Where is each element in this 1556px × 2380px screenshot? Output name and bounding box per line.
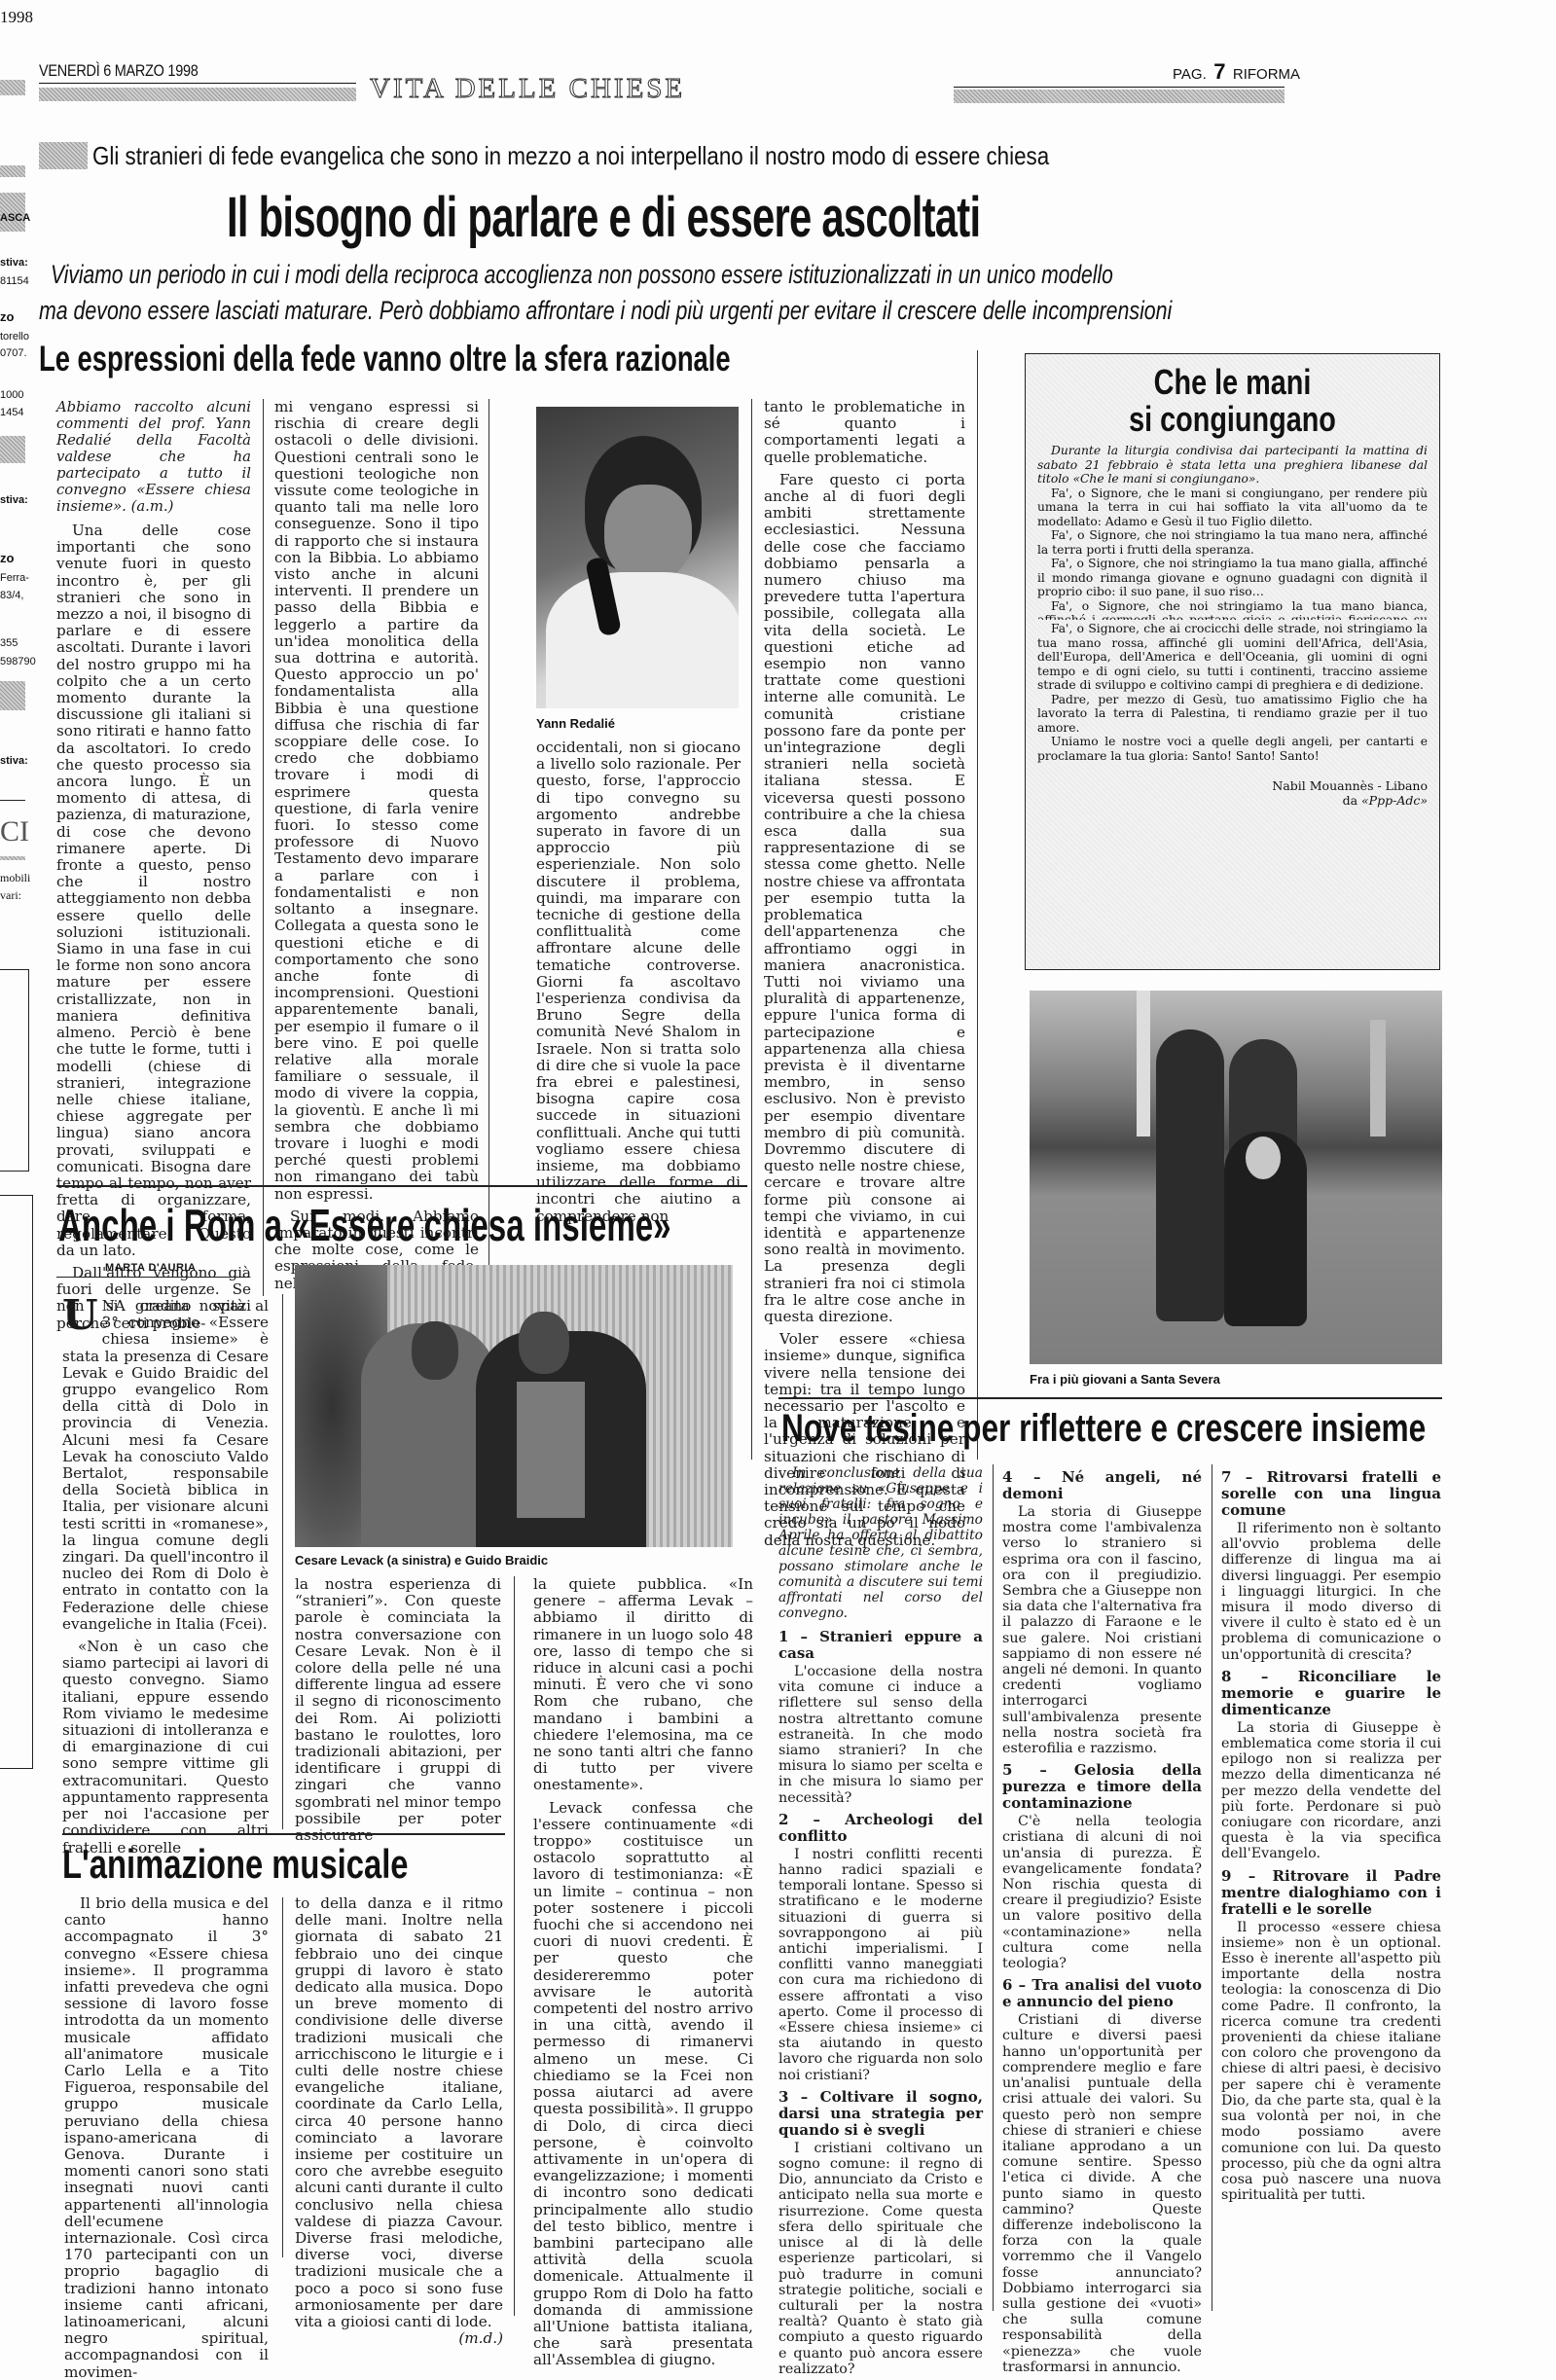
column-divider	[1212, 1464, 1212, 2311]
thesis-title: 3 – Coltivare il sogno, darsi una strate…	[778, 2089, 983, 2139]
prayer-source: da «Ppp-Adc»	[1037, 793, 1428, 808]
photo-tree	[1137, 991, 1150, 1136]
rom-headline: Anche i Rom a «Essere chiesa insieme»	[58, 1199, 671, 1251]
prayer-paragraph: Fa', o Signore, che noi stringiamo la tu…	[1037, 528, 1428, 557]
tesine-col-2: 4 – Né angeli, né demoni La storia di Gi…	[1002, 1465, 1202, 2380]
prayer-title-line2: si congiungano	[1076, 401, 1389, 438]
music-signoff: (m.d.)	[458, 2330, 503, 2347]
prev-page-rule	[0, 165, 25, 177]
main-subheadline: Le espressioni della fede vanno oltre la…	[39, 339, 731, 379]
yann-redalie-photo	[536, 407, 739, 708]
left-margin-strip: 1998 ASCA stiva: 81154 zo torello 0707. …	[0, 0, 29, 2380]
thesis-title: 1 – Stranieri eppure a casa	[778, 1629, 983, 1662]
prayer-paragraph: Fa', o Signore, che noi stringiamo la tu…	[1037, 557, 1428, 599]
masthead-rule-right	[954, 87, 1285, 88]
column-divider	[751, 399, 752, 1460]
paragraph: UNA gradita novità al 3° convegno «Esser…	[62, 1298, 269, 1633]
byline-rule	[56, 1277, 249, 1278]
paragraph-text: NA gradita novità al 3° convegno «Essere…	[62, 1297, 269, 1633]
kids-photo-caption: Fra i più giovani a Santa Severa	[1030, 1372, 1220, 1387]
thesis-text: Il riferimento non è soltanto all'ovvio …	[1221, 1521, 1441, 1663]
prev-page-fragment: zo	[0, 309, 14, 324]
column-divider	[977, 350, 978, 1460]
column-divider	[263, 399, 264, 1296]
main-deck-line1: Viviamo un periodo in cui i modi della r…	[51, 260, 1113, 290]
rom-photo	[295, 1265, 733, 1547]
masthead: VENERDÌ 6 MARZO 1998 VITA DELLE CHIESE P…	[39, 54, 1440, 112]
thesis-title: 5 – Gelosia della purezza e timore della…	[1002, 1762, 1202, 1812]
prayer-paragraph: Uniamo le nostre voci a quelle degli ang…	[1037, 735, 1428, 763]
photo-figure	[1156, 1029, 1224, 1321]
thesis-text: Il processo «essere chiesa insieme» non …	[1221, 1920, 1441, 2204]
column-divider	[489, 399, 489, 1296]
tesine-col-3: 7 – Ritrovarsi fratelli e sorelle con un…	[1221, 1465, 1441, 2209]
masthead-bar-left	[39, 88, 356, 101]
paragraph: Fare questo ci porta anche al di fuori d…	[764, 472, 965, 1325]
section-title: VITA DELLE CHIESE	[370, 73, 685, 105]
prayer-paragraph: Padre, per mezzo di Gesù, tuo amatissimo…	[1037, 693, 1428, 736]
section-divider	[62, 1833, 505, 1835]
prayer-body: Fa', o Signore, che ai crocicchi delle s…	[1037, 622, 1428, 763]
prev-page-fragment: torello	[0, 331, 29, 343]
rom-photo-caption: Cesare Levack (a sinistra) e Guido Braid…	[295, 1553, 548, 1568]
prev-page-fragment: stiva:	[0, 257, 28, 269]
prayer-box-continued: Fa', o Signore, che ai crocicchi delle s…	[1025, 620, 1440, 970]
photo-face	[1246, 1136, 1281, 1179]
thesis-title: 8 – Riconciliare le memorie e guarire le…	[1221, 1669, 1441, 1718]
issue-date: VENERDÌ 6 MARZO 1998	[39, 61, 199, 81]
music-col-2: to della danza e il ritmo delle mani. In…	[295, 1895, 503, 2347]
prayer-box: Che le mani si congiungano Durante la li…	[1025, 353, 1440, 622]
main-intro: Abbiamo raccolto alcuni commenti del pro…	[56, 399, 251, 515]
column-divider	[282, 1897, 283, 2257]
prayer-title-line1: Che le mani	[1076, 364, 1389, 401]
thesis-title: 2 – Archeologi del conflitto	[778, 1812, 983, 1845]
prev-page-fragment: zo	[0, 551, 14, 565]
main-kicker: Gli stranieri di fede evangelica che son…	[92, 141, 1264, 171]
dropcap: U	[62, 1298, 98, 1333]
page-label: PAG.	[1173, 66, 1207, 83]
publication-name: RIFORMA	[1233, 66, 1300, 83]
thesis-title: 9 – Ritrovare il Padre mentre dialoghiam…	[1221, 1868, 1441, 1918]
paragraph: la quiete pubblica. «In genere – afferma…	[533, 1576, 753, 1794]
page-indicator: PAG. 7 RIFORMA	[1173, 59, 1300, 85]
music-col-1: Il brio della musica e del canto hanno a…	[64, 1895, 269, 2380]
section-divider	[56, 1185, 747, 1187]
paragraph: Il brio della musica e del canto hanno a…	[64, 1895, 269, 2380]
tesine-intro: In conclusione della sua relazione su «G…	[778, 1465, 983, 1621]
prev-page-rule	[0, 436, 25, 463]
main-deck-line2: ma devono essere lasciati maturare. Però…	[39, 296, 1172, 326]
prev-page-fragment: vari:	[0, 888, 21, 903]
column-divider	[993, 1464, 994, 2311]
paragraph: occidentali, non si giocano a livello so…	[536, 739, 741, 1225]
prev-page-fragment: 0707.	[0, 347, 27, 359]
masthead-bar-right	[954, 90, 1285, 103]
prev-page-box	[0, 969, 29, 1172]
photo-shirt	[517, 1382, 585, 1518]
prev-page-fragment: stiva:	[0, 494, 28, 506]
rom-byline: MARTA D'AURIA	[105, 1262, 196, 1274]
prev-page-box	[0, 1195, 33, 1769]
prev-page-fragment: 83/4,	[0, 590, 23, 601]
prev-page-year: 1998	[0, 8, 33, 27]
paragraph: to della danza e il ritmo delle mani. In…	[295, 1895, 503, 2330]
rom-col-3: la quiete pubblica. «In genere – afferma…	[533, 1576, 753, 2375]
photo-face	[519, 1312, 569, 1374]
thesis-text: C'è nella teologia cristiana di alcuni d…	[1002, 1814, 1202, 1971]
kids-photo	[1030, 991, 1442, 1364]
thesis-title: 7 – Ritrovarsi fratelli e sorelle con un…	[1221, 1469, 1441, 1519]
prayer-paragraph: Fa', o Signore, che ai crocicchi delle s…	[1037, 622, 1428, 693]
main-col-4: tanto le problematiche in sé quanto i co…	[764, 399, 965, 1555]
prev-page-fragment: ASCA	[0, 212, 30, 224]
paragraph: «Non è un caso che siamo partecipi ai la…	[62, 1639, 269, 1857]
photo-face	[412, 1321, 458, 1380]
prev-page-fragment: Ferra-	[0, 572, 29, 584]
prayer-intro: Durante la liturgia condivisa dai partec…	[1037, 444, 1428, 487]
prayer-paragraph: Fa', o Signore, che le mani si congiunga…	[1037, 487, 1428, 529]
prev-page-rule	[0, 856, 25, 860]
masthead-rule-left	[39, 83, 356, 84]
photo-tree	[1370, 1020, 1386, 1136]
prev-page-fragment: 1454	[0, 407, 23, 418]
thesis-title: 4 – Né angeli, né demoni	[1002, 1469, 1202, 1502]
paragraph: mi vengano espressi si rischia di creare…	[274, 399, 479, 1203]
prayer-source-prefix: da	[1343, 793, 1357, 808]
prev-page-fragment: 598790	[0, 656, 36, 667]
column-divider	[282, 1294, 283, 1829]
thesis-text: I nostri conflitti recenti hanno radici …	[778, 1847, 983, 2083]
column-divider	[514, 1576, 515, 2316]
yann-photo-caption: Yann Redalié	[536, 716, 615, 731]
prev-page-rule	[0, 800, 25, 801]
paragraph: tanto le problematiche in sé quanto i co…	[764, 399, 965, 466]
paragraph: Levack confessa che l'essere continuamen…	[533, 1800, 753, 2369]
thesis-title: 6 – Tra analisi del vuoto e annuncio del…	[1002, 1977, 1202, 2010]
prayer-source-name: «Ppp-Adc»	[1361, 793, 1428, 808]
main-col-3: occidentali, non si giocano a livello so…	[536, 739, 741, 1231]
prev-page-fragment: CI	[0, 815, 29, 848]
photo-figure	[604, 485, 692, 582]
prev-page-fragment: 355	[0, 637, 18, 649]
photo-figure	[546, 572, 739, 708]
thesis-text: La storia di Giuseppe è emblematica come…	[1221, 1720, 1441, 1862]
paragraph: la nostra esperienza di “stranieri”». Co…	[295, 1576, 501, 1844]
kicker-bar-icon	[39, 142, 88, 169]
rom-col-2: la nostra esperienza di “stranieri”». Co…	[295, 1576, 501, 1850]
main-col-1: Abbiamo raccolto alcuni commenti del pro…	[56, 399, 251, 1338]
thesis-text: La storia di Giuseppe mostra come l'ambi…	[1002, 1504, 1202, 1756]
prayer-body: Fa', o Signore, che le mani si congiunga…	[1037, 487, 1428, 642]
prev-page-fragment: 81154	[0, 275, 29, 287]
paragraph-text: to della danza e il ritmo delle mani. In…	[295, 1894, 503, 2330]
prayer-signature: Nabil Mouannès - Libano	[1037, 778, 1428, 793]
prev-page-rule	[0, 681, 25, 710]
tesine-col-1: In conclusione della sua relazione su «G…	[778, 1465, 983, 2380]
main-headline: Il bisogno di parlare e di essere ascolt…	[227, 185, 980, 250]
prev-page-fragment: 1000	[0, 389, 23, 401]
page-number: 7	[1213, 59, 1225, 84]
thesis-text: I cristiani coltivano un sogno comune: i…	[778, 2141, 983, 2377]
tesine-headline: Nove tesine per riflettere e crescere in…	[781, 1407, 1426, 1451]
paragraph: Una delle cose importanti che sono venut…	[56, 523, 251, 1259]
prev-page-rule	[0, 80, 25, 95]
thesis-text: Cristiani di diverse culture e diversi p…	[1002, 2012, 1202, 2375]
rom-col-1: UNA gradita novità al 3° convegno «Esser…	[62, 1298, 269, 1862]
section-divider	[778, 1397, 1442, 1399]
prev-page-fragment: stiva:	[0, 755, 28, 767]
music-headline: L'animazione musicale	[62, 1841, 409, 1888]
thesis-text: L'occasione della nostra vita comune ci …	[778, 1664, 983, 1806]
main-col-2: mi vengano espressi si rischia di creare…	[274, 399, 479, 1298]
prev-page-fragment: mobili	[0, 871, 30, 885]
